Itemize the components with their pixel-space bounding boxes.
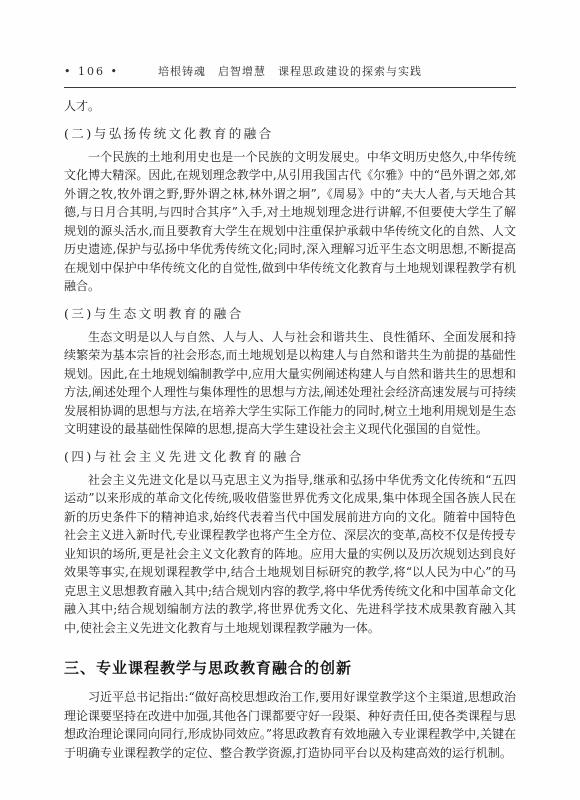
subsection-heading-socialist-culture: (四)与社会主义先进文化教育的融合 (64, 447, 516, 466)
subsection-paragraph-socialist-culture: 社会主义先进文化是以马克思主义为指导,继承和弘扬中华优秀文化传统和“五四运动”以… (64, 471, 516, 638)
carryover-paragraph: 人才。 (64, 97, 516, 116)
subsection-heading-traditional-culture: (二)与弘扬传统文化教育的融合 (64, 124, 516, 143)
running-title: 培根铸魂 启智增慧 课程思政建设的探索与实践 (158, 65, 422, 78)
book-page: • 106 • 培根铸魂 启智增慧 课程思政建设的探索与实践 人才。 (二)与弘… (0, 0, 580, 800)
page-header: • 106 • 培根铸魂 启智增慧 课程思政建设的探索与实践 (64, 62, 516, 82)
page-content: 人才。 (二)与弘扬传统文化教育的融合 一个民族的土地利用史也是一个民族的文明发… (64, 97, 516, 762)
page-number: • 106 • (64, 62, 119, 82)
header-divider (64, 87, 516, 88)
subsection-paragraph-ecological-civilization: 生态文明是以人与自然、人与人、人与社会和谐共生、良性循环、全面发展和持续繁荣为基… (64, 328, 516, 439)
chapter-paragraph-innovation: 习近平总书记指出:“做好高校思想政治工作,要用好课堂教学这个主渠道,思想政治理论… (64, 688, 516, 762)
subsection-heading-ecological-civilization: (三)与生态文明教育的融合 (64, 304, 516, 323)
subsection-paragraph-traditional-culture: 一个民族的土地利用史也是一个民族的文明发展史。中华文明历史悠久,中华传统文化博大… (64, 148, 516, 296)
chapter-heading-innovation: 三、专业课程教学与思政教育融合的创新 (64, 658, 516, 678)
